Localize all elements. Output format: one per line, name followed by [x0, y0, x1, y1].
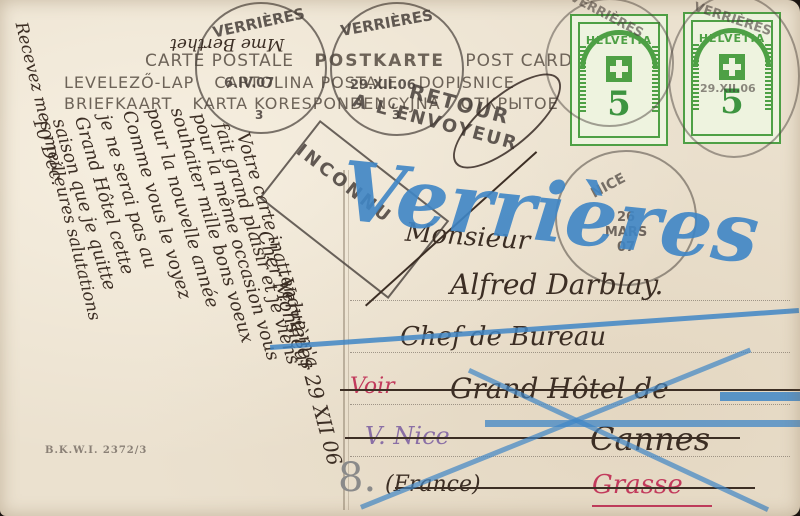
address-name: Alfred Darblay. — [450, 268, 663, 301]
publisher-code: B.K.W.I. 2372/3 — [45, 445, 147, 456]
postcard: CARTE POSTALE POSTKARTE POST CARD LEVELE… — [0, 0, 800, 516]
postmark-date: 6.IV.07 — [224, 76, 274, 91]
postmark-date: 29.XII.06 — [700, 82, 756, 95]
postage-due-mark: 8. — [338, 455, 376, 501]
message-signature: Mme Berthet — [170, 34, 284, 54]
strikeout-line — [340, 389, 800, 391]
strikeout-line — [395, 487, 755, 489]
address-line — [350, 456, 790, 457]
redirect-v-nice: V. Nice — [365, 422, 450, 450]
blue-strikeout — [485, 420, 800, 427]
redirect-voir: Voir — [350, 374, 395, 399]
redirect-underline — [592, 505, 712, 507]
redirect-city: Grasse — [592, 470, 683, 500]
header-hu: LEVELEZŐ-LAP — [64, 73, 194, 92]
blue-scribble — [720, 392, 800, 401]
strikeout-line — [345, 437, 740, 439]
address-line — [350, 352, 790, 353]
